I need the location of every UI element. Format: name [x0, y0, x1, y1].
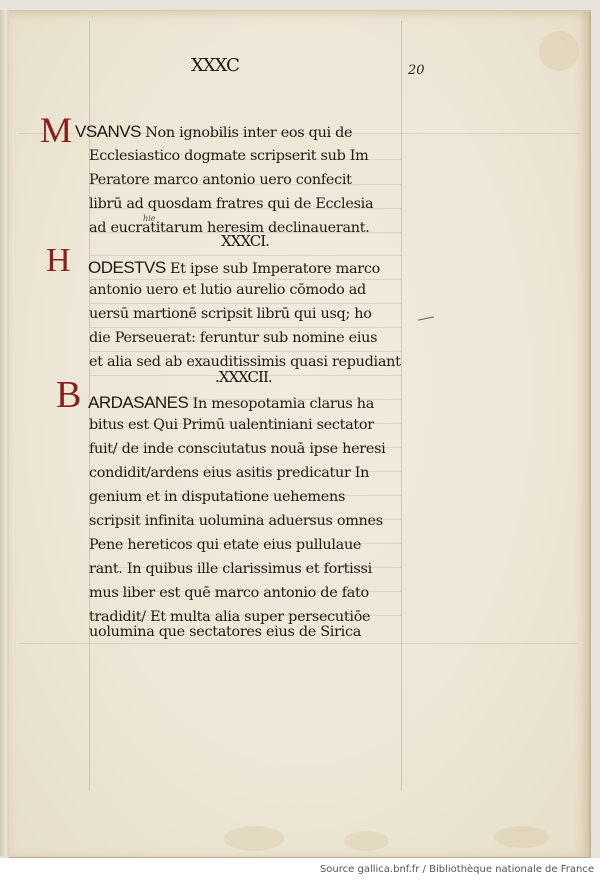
text-line: Ecclesiastico dogmate scripserit sub Im [89, 148, 369, 164]
stain [224, 826, 284, 851]
interlinear-gloss: hie [143, 214, 155, 223]
ruling-line [89, 303, 401, 304]
chapter-number: XXXCI. [221, 232, 269, 250]
text-line: scripsit infinita uolumina aduersus omne… [89, 513, 383, 529]
rubric-initial-h: H [46, 244, 71, 278]
source-credit: Source gallica.bnf.fr / Bibliothèque nat… [320, 864, 594, 875]
ruling-line [89, 351, 401, 352]
text-line: Pene hereticos qui etate eius pullulaue [89, 537, 361, 553]
text-line: fuit/ de inde consciutatus nouā ipse her… [89, 441, 385, 457]
entry-name-line: VSANVS Non ignobilis inter eos qui de [75, 122, 352, 142]
ruling-line [19, 643, 579, 644]
text-line: bitus est Qui Primū ualentiniani sectato… [89, 417, 374, 433]
ruling-line [89, 255, 401, 256]
rubric-initial-b: B [56, 376, 81, 414]
ruling-right [401, 21, 402, 791]
text-line: Non ignobilis inter eos qui de [145, 125, 352, 141]
text-line: librū ad quosdam fratres qui de Ecclesia [89, 196, 373, 212]
entry-name: ODESTVS [88, 258, 166, 277]
text-line: Et ipse sub Imperatore marco [170, 261, 380, 277]
text-line: uersū martionē scripsit librū qui usq; h… [89, 306, 372, 322]
text-line: antonio uero et lutio aurelio cōmodo ad [89, 282, 366, 298]
ruling-line [89, 279, 401, 280]
entry-name: ARDASANES [88, 393, 188, 412]
text-line: condidit/ardens eius asitis predicatur I… [89, 465, 369, 481]
entry-name-line: ARDASANES In mesopotamia clarus ha [88, 393, 374, 413]
stain [539, 31, 579, 71]
running-heading: XXXC [191, 55, 239, 76]
text-line: In mesopotamia clarus ha [193, 396, 374, 412]
ruling-line [89, 327, 401, 328]
stain [344, 831, 389, 851]
text-line: genium et in disputatione uehemens [89, 489, 345, 505]
chapter-number: .XXXCII. [215, 368, 272, 386]
rubric-initial-m: M [40, 112, 72, 148]
folio-number: 20 [408, 63, 425, 78]
text-line: uolumina que sectatores eius de Sirica [89, 624, 361, 640]
entry-name: VSANVS [75, 122, 141, 141]
text-line: rant. In quibus ille clarissimus et fort… [89, 561, 372, 577]
text-line: die Perseuerat: feruntur sub nomine eius [89, 330, 377, 346]
stain [494, 826, 549, 848]
text-line: Peratore marco antonio uero confecit [89, 172, 352, 188]
entry-name-line: ODESTVS Et ipse sub Imperatore marco [88, 258, 380, 278]
text-line: tradidit/ Et multa alia super persecutiō… [89, 609, 370, 625]
text-line: mus liber est quē marco antonio de fato [89, 585, 369, 601]
